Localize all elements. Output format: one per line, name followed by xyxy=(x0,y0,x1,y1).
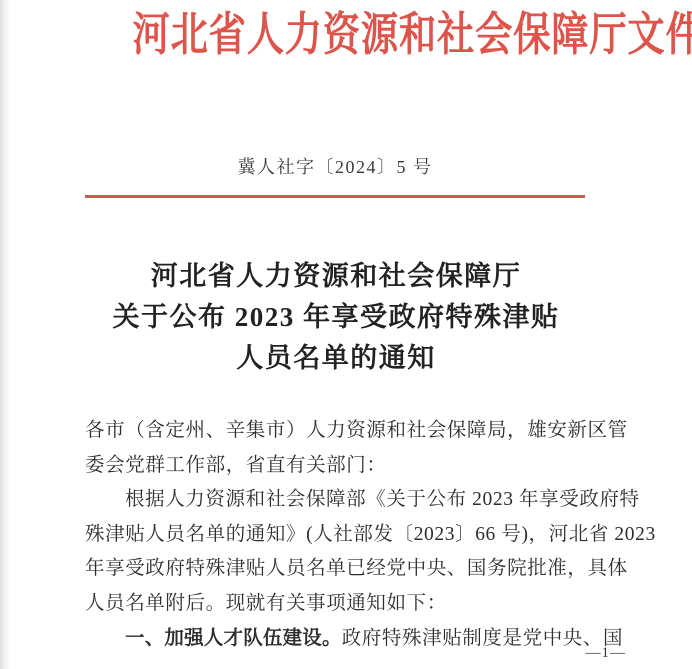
scan-edge-shadow xyxy=(0,0,10,669)
paragraph-1-line-1: 根据人力资源和社会保障部《关于公布 2023 年享受政府特 xyxy=(85,483,620,518)
document-title-line-1: 河北省人力资源和社会保障厅 xyxy=(60,256,612,297)
item-1-heading: 一、加强人才队伍建设。 xyxy=(125,627,342,649)
paragraph-1-line-3: 年享受政府特殊津贴人员名单已经党中央、国务院批准，具体 xyxy=(85,552,620,587)
paragraph-1-line-2: 殊津贴人员名单的通知》(人社部发〔2023〕66 号)，河北省 2023 xyxy=(85,518,620,553)
paragraph-1-line-4: 人员名单附后。现就有关事项通知如下： xyxy=(85,587,620,622)
document-number: 冀人社字〔2024〕5 号 xyxy=(85,153,585,179)
item-1-line: 一、加强人才队伍建设。政府特殊津贴制度是党中央、国 xyxy=(85,621,620,656)
document-title-line-2: 关于公布 2023 年享受政府特殊津贴 xyxy=(60,297,612,338)
red-divider-line xyxy=(85,195,585,198)
page-number: —1— xyxy=(586,645,627,662)
red-header-title: 河北省人力资源和社会保障厅文件 xyxy=(133,6,538,64)
item-1-text: 政府特殊津贴制度是党中央、国 xyxy=(342,628,623,649)
document-body: 各市（含定州、辛集市）人力资源和社会保障局，雄安新区管 委会党群工作部，省直有关… xyxy=(85,414,620,656)
recipients-line-2: 委会党群工作部，省直有关部门： xyxy=(85,449,620,484)
document-page: 河北省人力资源和社会保障厅文件 冀人社字〔2024〕5 号 河北省人力资源和社会… xyxy=(0,0,692,669)
recipients-line-1: 各市（含定州、辛集市）人力资源和社会保障局，雄安新区管 xyxy=(85,414,620,449)
document-title: 河北省人力资源和社会保障厅 关于公布 2023 年享受政府特殊津贴 人员名单的通… xyxy=(60,256,612,379)
document-title-line-3: 人员名单的通知 xyxy=(60,338,612,379)
